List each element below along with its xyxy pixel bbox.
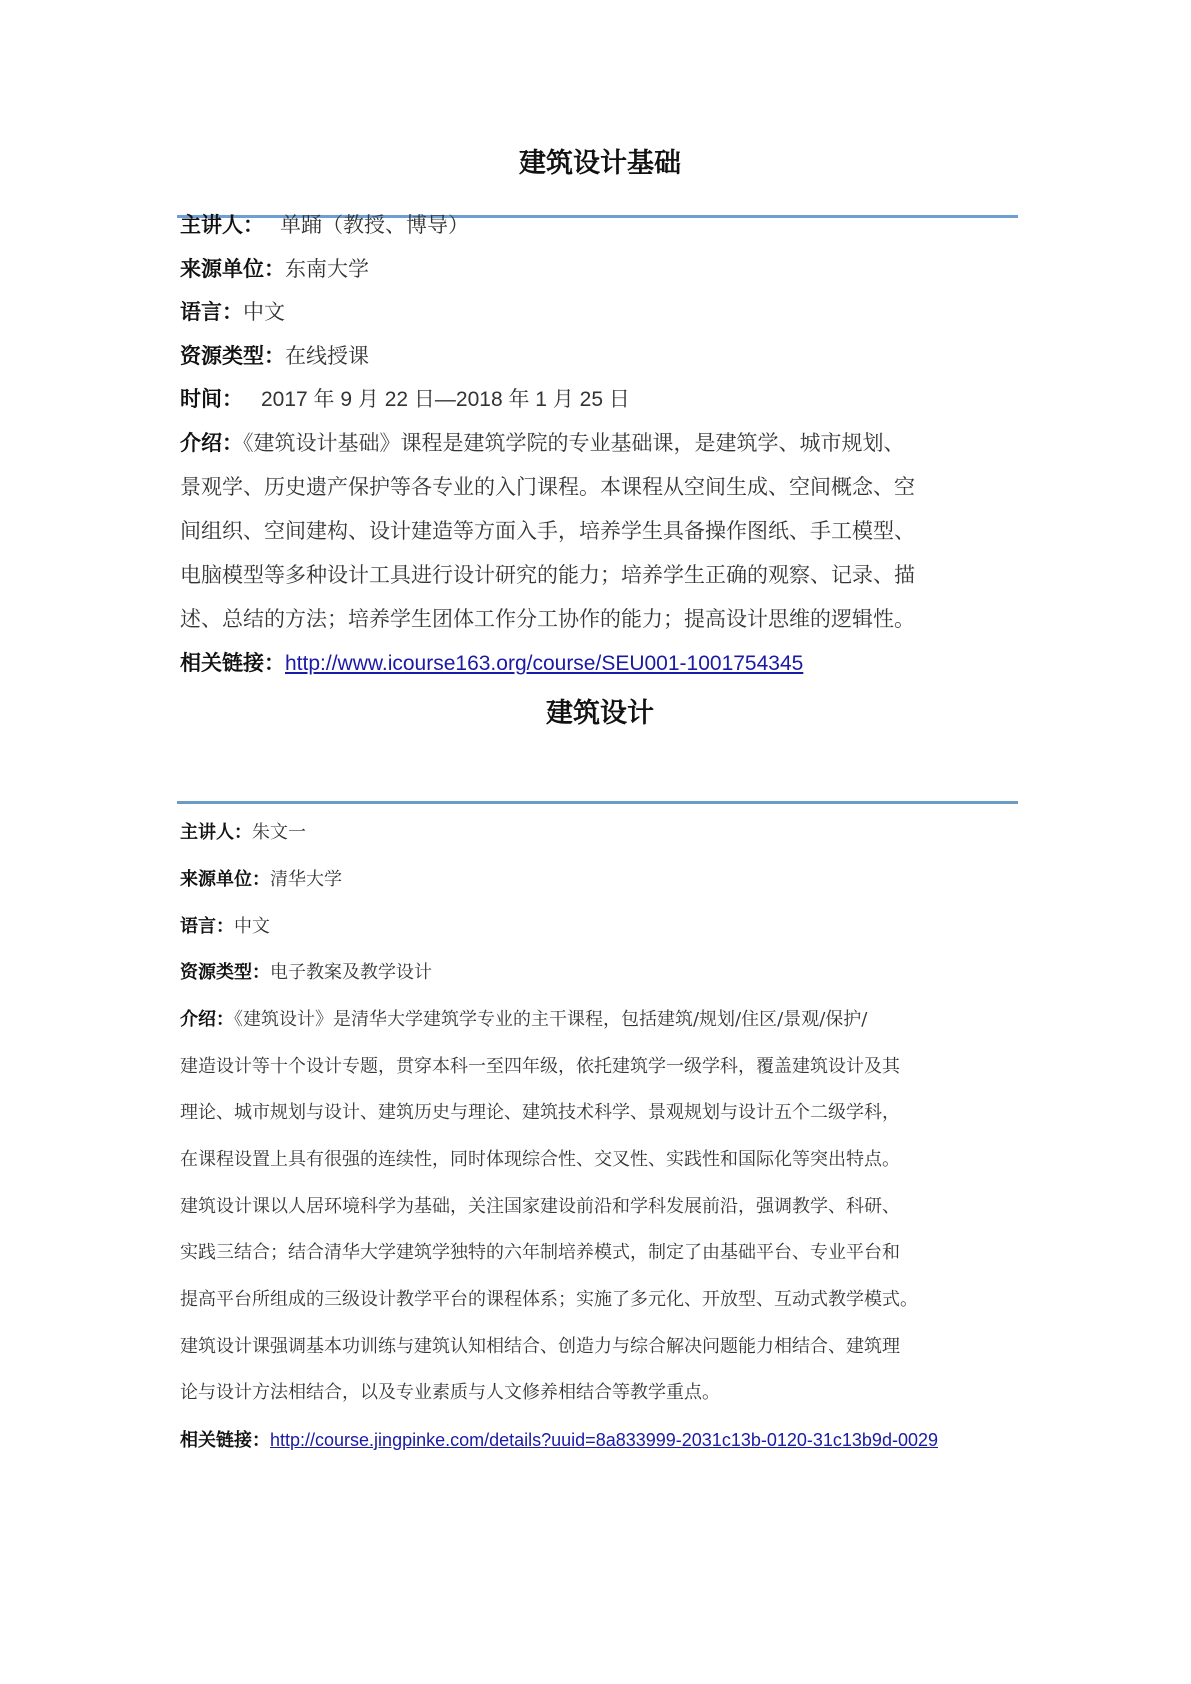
intro-line: 电脑模型等多种设计工具进行设计研究的能力；培养学生正确的观察、记录、描 [180,560,915,590]
intro-line: 建筑设计课以人居环境科学为基础，关注国家建设前沿和学科发展前沿，强调教学、科研、 [180,1194,900,1220]
time-label: 时间： [180,387,243,411]
related-link-label: 相关链接： [180,651,285,675]
title-divider [177,801,1018,804]
intro-line: 介绍：《建筑设计》是清华大学建筑学专业的主干课程，包括建筑/规划/住区/景观/保… [180,1007,867,1033]
intro-line: 论与设计方法相结合，以及专业素质与人文修养相结合等教学重点。 [180,1380,720,1406]
time-value: 2017 年 9 月 22 日—2018 年 1 月 25 日 [261,388,630,411]
lecturer-value: 单踊（教授、博导） [280,213,469,237]
resource-type-row: 资源类型：在线授课 [180,341,369,371]
language-label: 语言： [180,916,234,937]
course-link[interactable]: http://www.icourse163.org/course/SEU001-… [285,652,803,675]
intro-line: 间组织、空间建构、设计建造等方面入手，培养学生具备操作图纸、手工模型、 [180,516,915,546]
language-row: 语言：中文 [180,297,285,327]
lecturer-row: 主讲人：单踊（教授、博导） [180,210,469,240]
related-link-label: 相关链接： [180,1430,270,1451]
resource-type-row: 资源类型：电子教案及教学设计 [180,960,432,986]
language-value: 中文 [234,916,270,937]
time-row: 时间：2017 年 9 月 22 日—2018 年 1 月 25 日 [180,384,630,415]
intro-line: 建造设计等十个设计专题，贯穿本科一至四年级，依托建筑学一级学科，覆盖建筑设计及其 [180,1054,900,1080]
resource-type-value: 在线授课 [285,344,369,368]
document-page: 建筑设计基础 主讲人：单踊（教授、博导） 来源单位：东南大学 语言：中文 资源类… [0,0,1191,1684]
intro-label: 介绍： [180,431,243,455]
related-link-row: 相关链接：http://www.icourse163.org/course/SE… [180,648,803,679]
intro-line: 景观学、历史遗产保护等各专业的入门课程。本课程从空间生成、空间概念、空 [180,472,915,502]
resource-type-label: 资源类型： [180,962,270,983]
lecturer-label: 主讲人： [180,213,264,237]
related-link-row: 相关链接：http://course.jingpinke.com/details… [180,1427,938,1454]
lecturer-value: 朱文一 [252,822,306,843]
intro-line: 提高平台所组成的三级设计教学平台的课程体系；实施了多元化、开放型、互动式教学模式… [180,1287,918,1313]
source-row: 来源单位：东南大学 [180,254,369,284]
resource-type-label: 资源类型： [180,344,285,368]
section-title: 建筑设计基础 [180,146,1020,182]
language-value: 中文 [243,300,285,324]
lecturer-row: 主讲人：朱文一 [180,820,306,846]
intro-line: 实践三结合；结合清华大学建筑学独特的六年制培养模式，制定了由基础平台、专业平台和 [180,1240,900,1266]
intro-line: 介绍：《建筑设计基础》课程是建筑学院的专业基础课，是建筑学、城市规划、 [180,428,905,458]
course-link[interactable]: http://course.jingpinke.com/details?uuid… [270,1430,938,1450]
intro-label: 介绍： [180,1009,234,1030]
intro-line: 述、总结的方法；培养学生团体工作分工协作的能力；提高设计思维的逻辑性。 [180,604,915,634]
resource-type-value: 电子教案及教学设计 [270,962,432,983]
source-label: 来源单位： [180,869,270,890]
lecturer-label: 主讲人： [180,822,252,843]
source-value: 清华大学 [270,869,342,890]
source-value: 东南大学 [285,257,369,281]
intro-line: 建筑设计课强调基本功训练与建筑认知相结合、创造力与综合解决问题能力相结合、建筑理 [180,1334,900,1360]
section-title: 建筑设计 [180,696,1020,732]
intro-line: 理论、城市规划与设计、建筑历史与理论、建筑技术科学、景观规划与设计五个二级学科， [180,1100,900,1126]
language-row: 语言：中文 [180,914,270,940]
source-row: 来源单位：清华大学 [180,867,342,893]
source-label: 来源单位： [180,257,285,281]
intro-line: 在课程设置上具有很强的连续性，同时体现综合性、交叉性、实践性和国际化等突出特点。 [180,1147,900,1173]
language-label: 语言： [180,300,243,324]
